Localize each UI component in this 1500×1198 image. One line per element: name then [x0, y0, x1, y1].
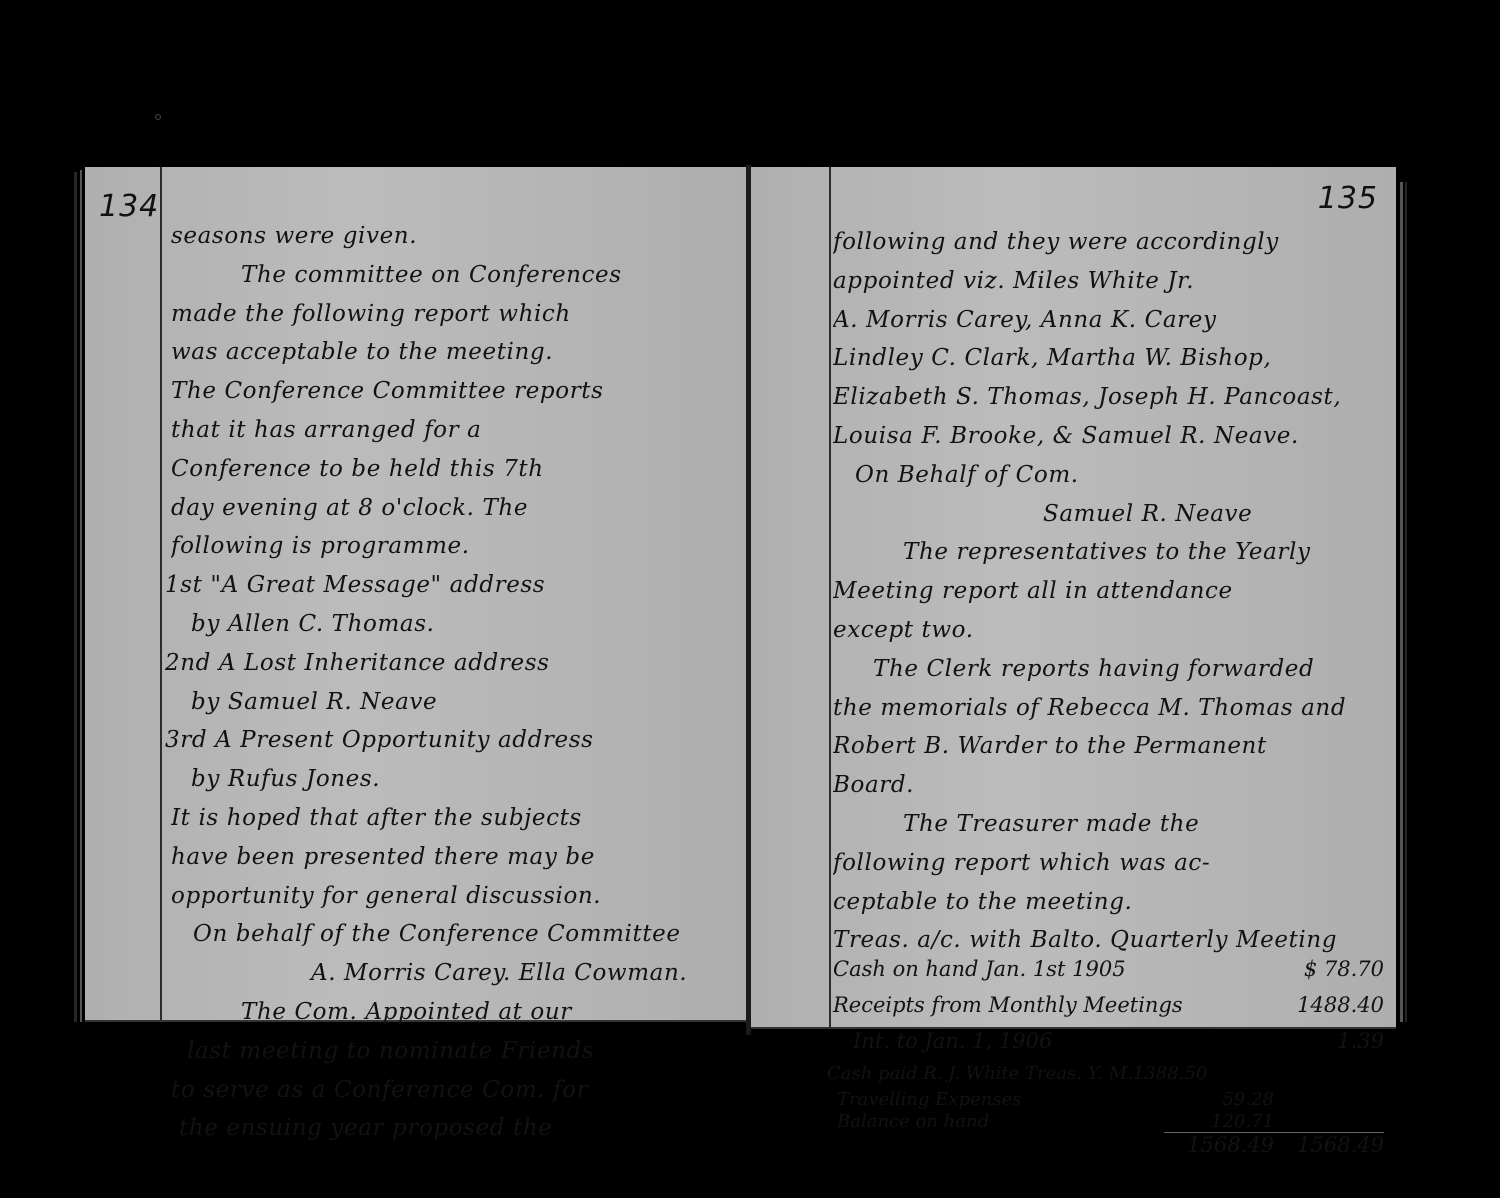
text-line: day evening at 8 o'clock. The — [171, 489, 738, 528]
ledger-row: Receipts from Monthly Meetings 1488.40 — [833, 987, 1384, 1023]
text-line: was acceptable to the meeting. — [171, 333, 738, 372]
ledger-row: Travelling Expenses 59.28 — [833, 1087, 1384, 1111]
text-line: The Conference Committee reports — [171, 372, 738, 411]
right-page: 135 following and they were accordingly … — [751, 167, 1396, 1029]
ledger-row: Cash on hand Jan. 1st 1905 $ 78.70 — [833, 951, 1384, 987]
ledger-label: Balance on hand — [837, 1111, 1164, 1132]
ledger-debit: 59.28 — [1164, 1089, 1274, 1110]
text-line: the ensuing year proposed the — [171, 1109, 738, 1148]
text-line: ceptable to the meeting. — [833, 883, 1382, 922]
text-line: following and they were accordingly — [833, 223, 1382, 262]
film-speck — [155, 114, 161, 120]
text-line: following report which was ac- — [833, 844, 1382, 883]
ledger-debit: 120.71 — [1164, 1111, 1274, 1132]
text-line: opportunity for general discussion. — [171, 877, 738, 916]
book-edge-left — [74, 172, 77, 1022]
page-number: 135 — [1318, 181, 1378, 216]
ledger-row: Balance on hand 120.71 — [833, 1111, 1384, 1131]
text-line: appointed viz. Miles White Jr. — [833, 262, 1382, 301]
margin-rule — [160, 167, 162, 1020]
text-line: The representatives to the Yearly — [833, 533, 1382, 572]
ledger-label: Receipts from Monthly Meetings — [833, 993, 1183, 1017]
text-line: by Samuel R. Neave — [171, 683, 738, 722]
text-line: 2nd A Lost Inheritance address — [165, 644, 738, 683]
ledger-label: Cash paid R. J. White Treas. Y. M. — [827, 1063, 1133, 1084]
signature-line: A. Morris Carey. Ella Cowman. — [171, 954, 738, 993]
signature-line: Samuel R. Neave — [833, 495, 1382, 534]
text-line: A. Morris Carey, Anna K. Carey — [833, 301, 1382, 340]
text-line: The Treasurer made the — [833, 805, 1382, 844]
text-line: following is programme. — [171, 527, 738, 566]
ledger-credit: 1.39 — [1274, 1029, 1384, 1053]
text-line: to serve as a Conference Com. for — [171, 1071, 738, 1110]
text-line: by Rufus Jones. — [171, 760, 738, 799]
text-line: The Com. Appointed at our — [171, 993, 738, 1032]
text-line: that it has arranged for a — [171, 411, 738, 450]
ledger-row: Int. to Jan. 1, 1906 1.39 — [833, 1023, 1384, 1059]
text-line: It is hoped that after the subjects — [171, 799, 738, 838]
book-edge-right-inner — [1400, 182, 1403, 1022]
text-line: The committee on Conferences — [171, 256, 738, 295]
ledger-label: Travelling Expenses — [837, 1089, 1164, 1110]
text-line: the memorials of Rebecca M. Thomas and — [833, 689, 1382, 728]
text-line: 1st "A Great Message" address — [165, 566, 738, 605]
text-line: The Clerk reports having forwarded — [833, 650, 1382, 689]
ledger-debit: 1388.50 — [1133, 1063, 1278, 1084]
treasurer-ledger: Cash on hand Jan. 1st 1905 $ 78.70 Recei… — [833, 951, 1384, 1157]
book-edge-right — [1405, 182, 1407, 1022]
text-line: Conference to be held this 7th — [171, 450, 738, 489]
ledger-label: Int. to Jan. 1, 1906 — [853, 1029, 1164, 1053]
ledger-total-row: 1568.49 1568.49 — [833, 1131, 1384, 1157]
text-line: Louisa F. Brooke, & Samuel R. Neave. — [833, 417, 1382, 456]
text-line: Elizabeth S. Thomas, Joseph H. Pancoast, — [833, 378, 1382, 417]
text-line: by Allen C. Thomas. — [171, 605, 738, 644]
text-line: have been presented there may be — [171, 838, 738, 877]
text-line: seasons were given. — [171, 217, 738, 256]
margin-rule — [829, 167, 831, 1027]
text-line: except two. — [833, 611, 1382, 650]
ledger-credit: $ 78.70 — [1274, 957, 1384, 981]
book-edge-left-inner — [80, 170, 82, 1022]
page-number: 134 — [99, 189, 159, 224]
text-line: On behalf of the Conference Committee — [171, 915, 738, 954]
text-line: last meeting to nominate Friends — [171, 1032, 738, 1071]
text-line: Lindley C. Clark, Martha W. Bishop, — [833, 339, 1382, 378]
text-line: Board. — [833, 766, 1382, 805]
text-line: Meeting report all in attendance — [833, 572, 1382, 611]
ledger-label: Cash on hand Jan. 1st 1905 — [833, 957, 1164, 981]
text-line: On Behalf of Com. — [833, 456, 1382, 495]
ledger-total-credit: 1568.49 — [1274, 1132, 1384, 1157]
text-line: Robert B. Warder to the Permanent — [833, 727, 1382, 766]
text-line: made the following report which — [171, 295, 738, 334]
text-line: 3rd A Present Opportunity address — [165, 721, 738, 760]
left-page: 134 seasons were given. The committee on… — [85, 167, 748, 1022]
handwritten-text: seasons were given. The committee on Con… — [171, 217, 738, 1148]
ledger-row: Cash paid R. J. White Treas. Y. M. 1388.… — [827, 1059, 1384, 1087]
handwritten-text: following and they were accordingly appo… — [833, 223, 1382, 960]
ledger-credit: 1488.40 — [1283, 993, 1384, 1017]
ledger-total-debit: 1568.49 — [1164, 1132, 1274, 1157]
